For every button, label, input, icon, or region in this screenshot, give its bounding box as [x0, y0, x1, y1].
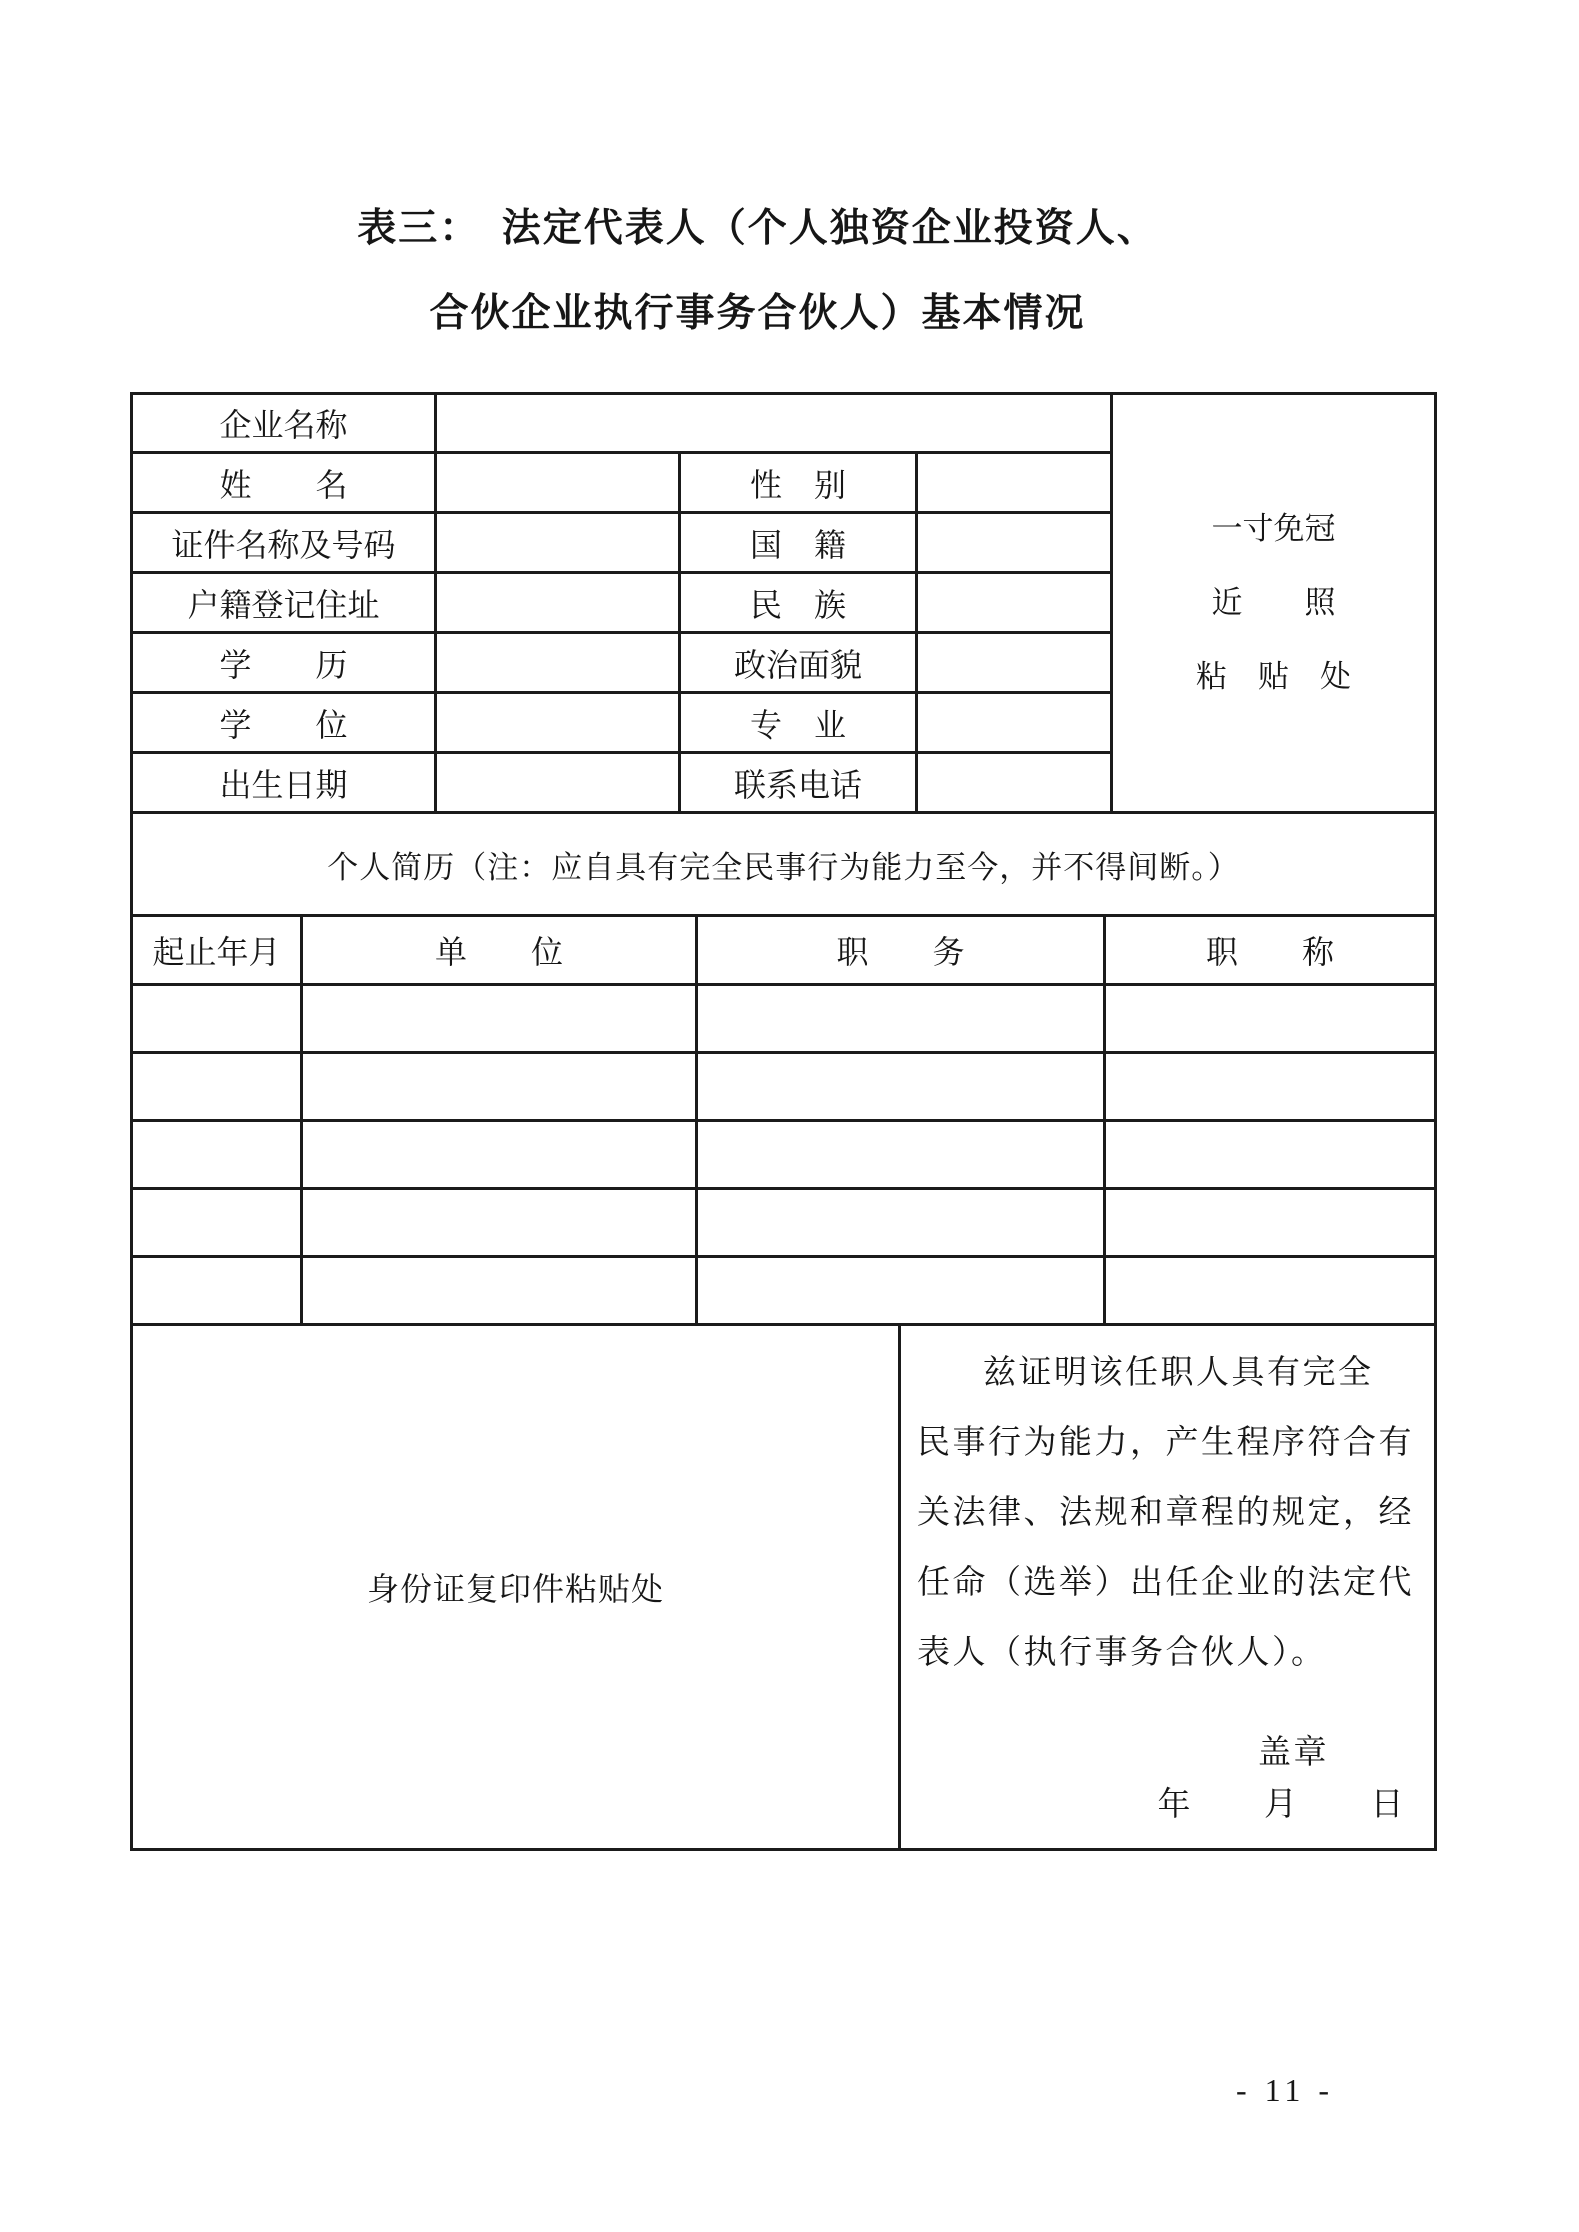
empty-cell: [302, 1121, 697, 1189]
label-degree: 学 位: [132, 693, 436, 753]
page-title: 表三： 法定代表人（个人独资企业投资人、 合伙企业执行事务合伙人）基本情况: [0, 186, 1515, 356]
resume-empty-row: [132, 1189, 1436, 1257]
field-nationality: [917, 513, 1112, 573]
seal-label: 盖章: [917, 1730, 1424, 1776]
empty-cell: [302, 1189, 697, 1257]
field-education: [436, 633, 680, 693]
field-degree: [436, 693, 680, 753]
empty-cell: [132, 1053, 302, 1121]
empty-cell: [697, 1053, 1105, 1121]
label-phone: 联系电话: [680, 753, 917, 813]
field-enterprise-name: [436, 394, 1112, 453]
date-line: 年 月 日: [917, 1776, 1424, 1834]
resume-empty-row: [132, 1257, 1436, 1325]
table-row: 企业名称 一寸免冠 近 照 粘 贴 处: [132, 394, 1436, 453]
field-political-status: [917, 633, 1112, 693]
resume-empty-row: [132, 985, 1436, 1053]
label-name: 姓 名: [132, 453, 436, 513]
photo-area-line1: 一寸免冠: [1113, 492, 1434, 566]
photo-area-line3: 粘 贴 处: [1113, 640, 1434, 714]
label-enterprise-name: 企业名称: [132, 394, 436, 453]
label-residence-address: 户籍登记住址: [132, 573, 436, 633]
label-major: 专 业: [680, 693, 917, 753]
field-name: [436, 453, 680, 513]
header-period: 起止年月: [132, 916, 302, 985]
certification-line: 任命（选举）出任企业的法定代: [917, 1548, 1424, 1618]
header-position: 职 务: [697, 916, 1105, 985]
field-residence-address: [436, 573, 680, 633]
label-birth-date: 出生日期: [132, 753, 436, 813]
label-nationality: 国 籍: [680, 513, 917, 573]
empty-cell: [132, 1121, 302, 1189]
resume-header-row: 起止年月 单 位 职 务 职 称: [132, 916, 1436, 985]
field-major: [917, 693, 1112, 753]
resume-empty-row: [132, 1121, 1436, 1189]
empty-cell: [302, 1053, 697, 1121]
header-title: 职 称: [1105, 916, 1436, 985]
resume-empty-row: [132, 1053, 1436, 1121]
empty-cell: [1105, 1121, 1436, 1189]
field-birth-date: [436, 753, 680, 813]
id-copy-label: 身份证复印件粘贴处: [367, 1571, 664, 1607]
empty-cell: [697, 1257, 1105, 1325]
page-number: - 11 -: [1180, 2072, 1390, 2109]
empty-cell: [1105, 1257, 1436, 1325]
resume-table: 起止年月 单 位 职 务 职 称: [130, 914, 1437, 1326]
label-political-status: 政治面貌: [680, 633, 917, 693]
certification-line: 兹证明该任职人具有完全: [917, 1338, 1424, 1408]
empty-cell: [697, 1121, 1105, 1189]
empty-cell: [302, 1257, 697, 1325]
field-ethnicity: [917, 573, 1112, 633]
header-employer: 单 位: [302, 916, 697, 985]
empty-cell: [1105, 985, 1436, 1053]
field-phone: [917, 753, 1112, 813]
basic-info-table: 企业名称 一寸免冠 近 照 粘 贴 处 姓 名 性 别 证件名称及号码 国 籍 …: [130, 392, 1437, 917]
photo-paste-area: 一寸免冠 近 照 粘 贴 处: [1112, 394, 1436, 813]
field-gender: [917, 453, 1112, 513]
label-id-document: 证件名称及号码: [132, 513, 436, 573]
photo-area-line2: 近 照: [1113, 566, 1434, 640]
certification-line: 民事行为能力，产生程序符合有: [917, 1408, 1424, 1478]
title-line-1: 表三： 法定代表人（个人独资企业投资人、: [0, 186, 1515, 271]
empty-cell: [1105, 1189, 1436, 1257]
empty-cell: [132, 1257, 302, 1325]
certification-line: 表人（执行事务合伙人）。: [917, 1618, 1424, 1688]
empty-cell: [697, 1189, 1105, 1257]
empty-cell: [132, 985, 302, 1053]
empty-cell: [1105, 1053, 1436, 1121]
certification-line: 关法律、法规和章程的规定，经: [917, 1478, 1424, 1548]
certification-area: 兹证明该任职人具有完全 民事行为能力，产生程序符合有 关法律、法规和章程的规定，…: [900, 1325, 1436, 1850]
empty-cell: [697, 985, 1105, 1053]
label-gender: 性 别: [680, 453, 917, 513]
id-copy-paste-area: 身份证复印件粘贴处: [132, 1325, 900, 1850]
table-row: 身份证复印件粘贴处 兹证明该任职人具有完全 民事行为能力，产生程序符合有 关法律…: [132, 1325, 1436, 1850]
empty-cell: [302, 985, 697, 1053]
title-line-2: 合伙企业执行事务合伙人）基本情况: [0, 271, 1515, 356]
bottom-section-table: 身份证复印件粘贴处 兹证明该任职人具有完全 民事行为能力，产生程序符合有 关法律…: [130, 1323, 1437, 1851]
label-education: 学 历: [132, 633, 436, 693]
form-table: 企业名称 一寸免冠 近 照 粘 贴 处 姓 名 性 别 证件名称及号码 国 籍 …: [130, 392, 1434, 1851]
field-id-document: [436, 513, 680, 573]
resume-note: 个人简历（注：应自具有完全民事行为能力至今，并不得间断。）: [132, 813, 1436, 916]
resume-note-row: 个人简历（注：应自具有完全民事行为能力至今，并不得间断。）: [132, 813, 1436, 916]
empty-cell: [132, 1189, 302, 1257]
label-ethnicity: 民 族: [680, 573, 917, 633]
